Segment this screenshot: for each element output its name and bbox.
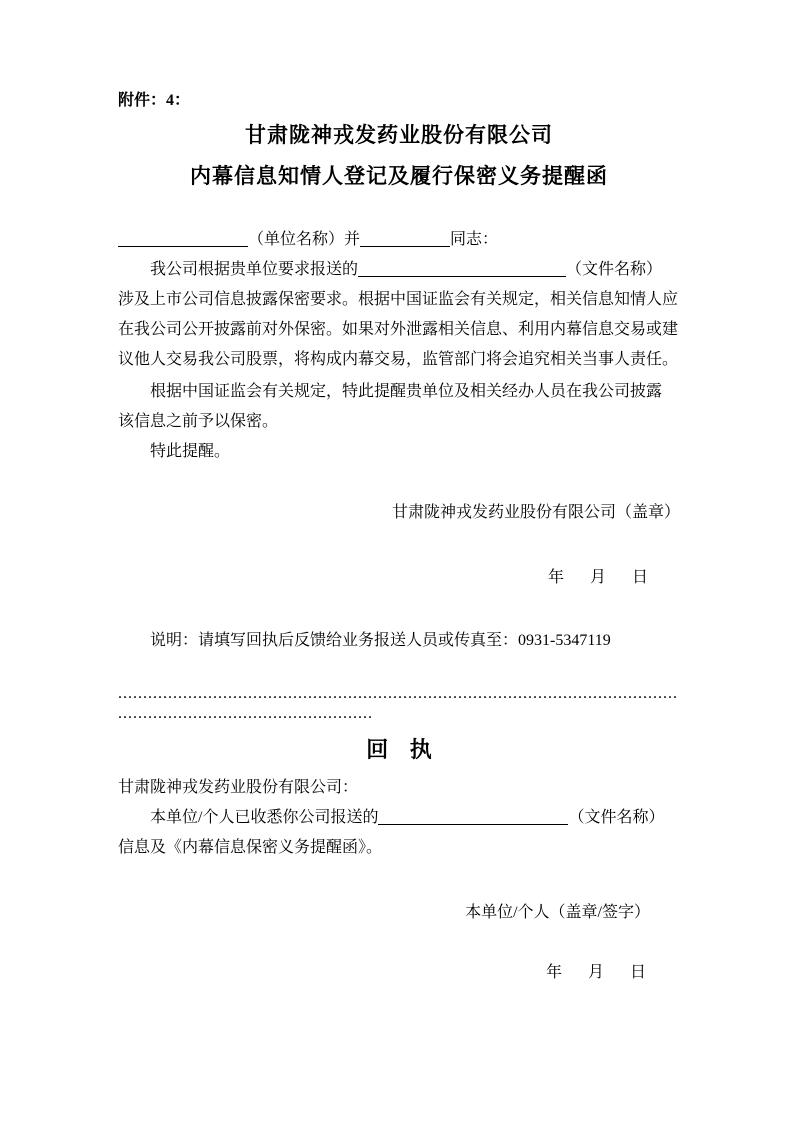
- body-paragraph2-line1: 根据中国证监会有关规定，特此提醒贵单位及相关经办人员在我公司披露: [118, 377, 680, 407]
- date-placeholder: 年 月 日: [118, 563, 680, 593]
- body-paragraph1-line2: 涉及上市公司信息披露保密要求。根据中国证监会有关规定，相关信息知情人应: [118, 285, 680, 315]
- greeting-unit-label: （单位名称）并: [248, 231, 360, 248]
- receipt-signer-line: 本单位/个人（盖章/签字）: [118, 898, 680, 928]
- receipt-text-before: 本单位/个人已收悉你公司报送的: [150, 809, 378, 826]
- dotted-divider-row1: ........................................…: [118, 684, 677, 704]
- greeting-line: （单位名称）并同志：: [118, 225, 680, 255]
- greeting-comrade-label: 同志：: [450, 231, 498, 248]
- receipt-paragraph-line1: 本单位/个人已收悉你公司报送的（文件名称）: [118, 803, 680, 833]
- receipt-text-after: （文件名称）: [568, 809, 664, 826]
- dotted-divider-row2: ........................................…: [118, 704, 371, 724]
- closing-remark: 特此提醒。: [118, 437, 680, 467]
- company-signature-line: 甘肃陇神戎发药业股份有限公司（盖章）: [118, 498, 680, 528]
- blank-unit-name: [118, 233, 248, 247]
- body-paragraph2-line2: 该信息之前予以保密。: [118, 407, 680, 437]
- note-line: 说明：请填写回执后反馈给业务报送人员或传真至：0931-5347119: [118, 626, 680, 656]
- receipt-date-placeholder: 年 月 日: [118, 958, 680, 988]
- blank-receipt-document-name: [378, 811, 568, 825]
- receipt-paragraph-line2: 信息及《内幕信息保密义务提醒函》。: [118, 833, 680, 863]
- receipt-title: 回 执: [118, 734, 680, 766]
- p1-text-before: 我公司根据贵单位要求报送的: [150, 261, 358, 278]
- body-paragraph1-line1: 我公司根据贵单位要求报送的（文件名称）: [118, 255, 680, 285]
- title-company-name: 甘肃陇神戎发药业股份有限公司: [118, 122, 680, 148]
- body-paragraph1-line4: 议他人交易我公司股票，将构成内幕交易，监管部门将会追究相关当事人责任。: [118, 345, 680, 375]
- body-paragraph1-line3: 在我公司公开披露前对外保密。如果对外泄露相关信息、利用内幕信息交易或建: [118, 315, 680, 345]
- attachment-label: 附件：4：: [118, 90, 680, 112]
- blank-document-name: [358, 263, 566, 277]
- p1-text-after: （文件名称）: [566, 261, 662, 278]
- blank-person-name: [360, 233, 450, 247]
- receipt-addressee: 甘肃陇神戎发药业股份有限公司：: [118, 773, 680, 803]
- document-content: 附件：4： 甘肃陇神戎发药业股份有限公司 内幕信息知情人登记及履行保密义务提醒函…: [0, 0, 793, 988]
- document-page: 附件：4： 甘肃陇神戎发药业股份有限公司 内幕信息知情人登记及履行保密义务提醒函…: [0, 0, 793, 1122]
- title-document-subject: 内幕信息知情人登记及履行保密义务提醒函: [118, 163, 680, 189]
